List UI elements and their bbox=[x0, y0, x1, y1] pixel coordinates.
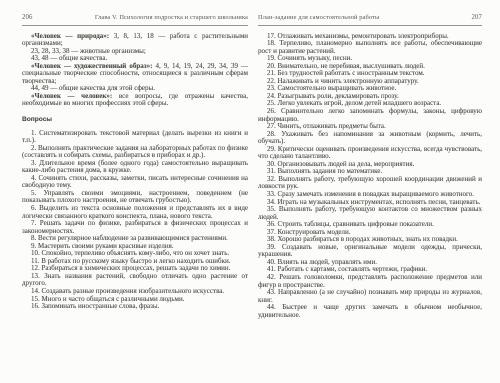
question-item: 3. Длительное время (более одного года) … bbox=[22, 160, 248, 175]
item-text: Быстрее и чаще других замечать в обычном… bbox=[258, 303, 482, 319]
left-page: 206 Глава V. Психология подростка и стар… bbox=[22, 14, 248, 311]
question-item: 5. Управлять своими эмоциями, настроение… bbox=[22, 190, 248, 205]
question-item: 6. Выделить из текста основные положения… bbox=[22, 205, 248, 220]
item-text: Знать названия растений, свободно отлича… bbox=[22, 272, 248, 288]
item-text: Выполнять работу, требующую хорошей коор… bbox=[258, 175, 482, 191]
questions-list-17-44: 17. Отлаживать механизмы, ремонтировать … bbox=[258, 33, 482, 320]
right-page-number: 207 bbox=[472, 14, 483, 22]
item-text: Систематизировать текстовой материал (де… bbox=[22, 129, 248, 145]
intro-paragraph: «Человек — художественный образ»: 4, 9, … bbox=[22, 63, 248, 86]
item-text: Создавать новые, оригинальные модели оде… bbox=[258, 243, 482, 259]
question-item: 16. Запоминать иностранные слова, фразы. bbox=[22, 303, 248, 311]
question-item: 32. Выполнять работу, требующую хорошей … bbox=[258, 176, 482, 191]
item-text: Выделить из текста основные положения и … bbox=[22, 204, 248, 220]
book-spread: 206 Глава V. Психология подростка и стар… bbox=[0, 0, 500, 383]
item-text: Управлять своими эмоциями, настроением, … bbox=[22, 189, 248, 205]
right-page-header: План-задание для самостоятельной работы … bbox=[258, 14, 482, 26]
category-key-block: «Человек — природа»: 3, 8, 13, 18 — рабо… bbox=[22, 33, 248, 108]
right-running-header: План-задание для самостоятельной работы bbox=[258, 14, 379, 22]
question-item: 44. Быстрее и чаще других замечать в обы… bbox=[258, 304, 482, 319]
item-text: Длительное время (более одного года) сам… bbox=[22, 159, 248, 175]
question-item: 42. Решать головоломки, представлять рас… bbox=[258, 274, 482, 289]
item-text: Выполнять работу, требующую контактов со… bbox=[258, 205, 482, 221]
left-page-number: 206 bbox=[22, 14, 33, 22]
question-item: 7. Решать задачи по физике, разбираться … bbox=[22, 220, 248, 235]
item-text: Решать головоломки, представлять располо… bbox=[258, 273, 482, 289]
question-item: 13. Знать названия растений, свободно от… bbox=[22, 273, 248, 288]
question-item: 29. Критически оценивать произведения ис… bbox=[258, 146, 482, 161]
question-item: 28. Ухаживать без напоминания за животны… bbox=[258, 131, 482, 146]
item-text: Терпеливо, планомерно выполнять все рабо… bbox=[258, 39, 482, 55]
questions-list-1-16: 1. Систематизировать текстовой материал … bbox=[22, 130, 248, 311]
item-text: Запоминать иностранные слова, фразы. bbox=[42, 302, 160, 310]
question-item: 39. Создавать новые, оригинальные модели… bbox=[258, 244, 482, 259]
question-item: 18. Терпеливо, планомерно выполнять все … bbox=[258, 40, 482, 55]
question-item: 43. Направленно (а не случайно) познават… bbox=[258, 289, 482, 304]
question-item: 26. Сравнительно легко запоминать формул… bbox=[258, 108, 482, 123]
intro-paragraph: «Человек — человек»: все вопросы, где от… bbox=[22, 93, 248, 108]
question-item: 35. Выполнять работу, требующую контакто… bbox=[258, 206, 482, 221]
item-number: 16. bbox=[31, 302, 40, 310]
item-text: Критически оценивать произведения искусс… bbox=[258, 145, 482, 161]
right-page: План-задание для самостоятельной работы … bbox=[258, 14, 482, 319]
item-text: Сочинять стихи, рассказы, заметки, писат… bbox=[22, 174, 248, 190]
item-text: Выполнять практические задания на лабора… bbox=[22, 144, 248, 160]
intro-paragraph: «Человек — природа»: 3, 8, 13, 18 — рабо… bbox=[22, 33, 248, 48]
left-running-header: Глава V. Психология подростка и старшего… bbox=[95, 14, 248, 22]
item-text: Сравнительно легко запоминать формулы, з… bbox=[258, 107, 482, 123]
item-text: Ухаживать без напоминания за животным (к… bbox=[258, 130, 482, 146]
question-item: 2. Выполнять практические задания на лаб… bbox=[22, 145, 248, 160]
left-page-header: 206 Глава V. Психология подростка и стар… bbox=[22, 14, 248, 26]
questions-heading: Вопросы bbox=[22, 116, 248, 124]
item-text: Направленно (а не случайно) познавать ми… bbox=[258, 288, 482, 304]
question-item: 4. Сочинять стихи, рассказы, заметки, пи… bbox=[22, 175, 248, 190]
item-text: Решать задачи по физике, разбираться в ф… bbox=[22, 219, 248, 235]
question-item: 1. Систематизировать текстовой материал … bbox=[22, 130, 248, 145]
